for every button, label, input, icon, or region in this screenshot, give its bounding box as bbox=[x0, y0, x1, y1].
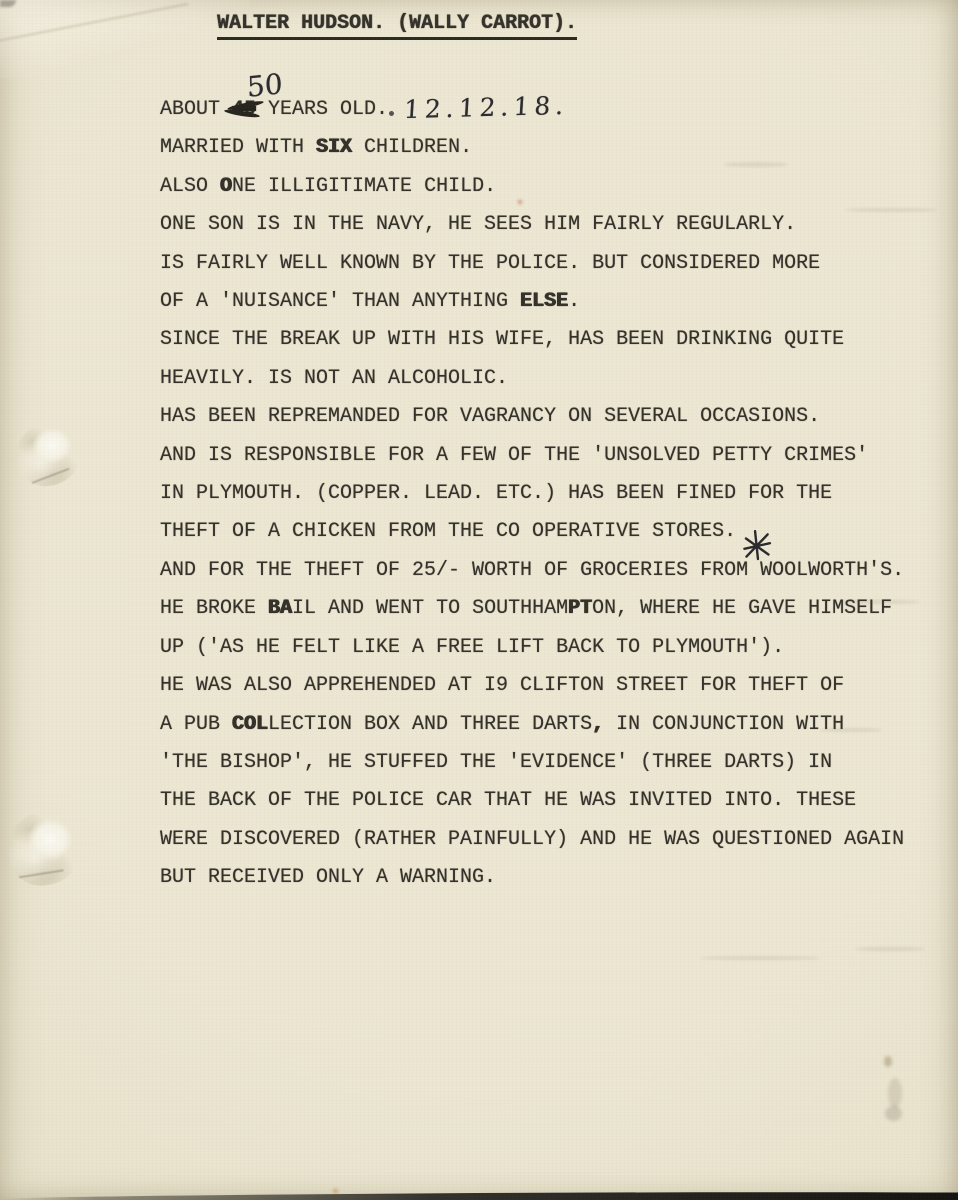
smudge-mark bbox=[845, 208, 937, 212]
handwritten-date: 12.12.18. bbox=[403, 93, 569, 123]
stain-mark bbox=[518, 200, 522, 204]
typed-text: ALSO bbox=[160, 175, 220, 198]
typed-text: HE WAS ALSO APPREHENDED AT I9 CLIFTON ST… bbox=[160, 674, 844, 697]
typewritten-line: HE WAS ALSO APPREHENDED AT I9 CLIFTON ST… bbox=[160, 667, 904, 705]
typewritten-line: HEAVILY. IS NOT AN ALCOHOLIC. bbox=[160, 360, 904, 398]
typewritten-line: MARRIED WITH SIX CHILDREN. bbox=[160, 129, 904, 167]
typed-text: ABOUT bbox=[160, 98, 232, 121]
overstruck-text: ELSE bbox=[520, 290, 568, 313]
typewritten-line: THEFT OF A CHICKEN FROM THE CO OPERATIVE… bbox=[160, 513, 904, 551]
typed-text: UP ('AS HE FELT LIKE A FREE LIFT BACK TO… bbox=[160, 636, 784, 659]
typewritten-line: OF A 'NUISANCE' THAN ANYTHING ELSE. bbox=[160, 283, 904, 321]
typewritten-line: HE BROKE BAIL AND WENT TO SOUTHHAMPTON, … bbox=[160, 590, 904, 628]
handwritten-age-correction: 50 bbox=[247, 70, 283, 102]
smudge-mark bbox=[820, 728, 882, 732]
stain-mark bbox=[884, 1056, 892, 1067]
overstruck-text: BA bbox=[268, 597, 292, 620]
typed-text: A PUB bbox=[160, 713, 232, 736]
typed-text: IN CONJUNCTION WITH bbox=[604, 713, 844, 736]
typed-text: THE BACK OF THE POLICE CAR THAT HE WAS I… bbox=[160, 789, 856, 812]
document-title: WALTER HUDSON. (WALLY CARROT). bbox=[217, 13, 577, 40]
typed-text: HE BROKE bbox=[160, 597, 268, 620]
smudge-mark bbox=[700, 956, 820, 960]
handwritten-asterisk-icon bbox=[739, 526, 775, 564]
typewritten-line: AND FOR THE THEFT OF 25/- WORTH OF GROCE… bbox=[160, 552, 904, 590]
typed-text: YEARS OLD. bbox=[256, 98, 388, 121]
stain-mark bbox=[885, 1106, 902, 1121]
typed-text: IL AND WENT TO SOUTHHAM bbox=[292, 597, 568, 620]
typed-text: NE ILLIGITIMATE CHILD. bbox=[232, 175, 496, 198]
typewritten-line: BUT RECEIVED ONLY A WARNING. bbox=[160, 859, 904, 897]
typed-text: LECTION BOX AND THREE DARTS bbox=[268, 713, 592, 736]
paper-damage bbox=[12, 418, 83, 489]
typed-text: THEFT OF A CHICKEN FROM THE CO OPERATIVE… bbox=[160, 520, 736, 543]
typewritten-line: SINCE THE BREAK UP WITH HIS WIFE, HAS BE… bbox=[160, 321, 904, 359]
typed-lines: ABOUT 45 YEARS OLD.MARRIED WITH SIX CHIL… bbox=[160, 91, 904, 898]
typed-text: SINCE THE BREAK UP WITH HIS WIFE, HAS BE… bbox=[160, 328, 844, 351]
paper-fold-highlight bbox=[0, 0, 250, 78]
typewritten-line: ALSO ONE ILLIGITIMATE CHILD. bbox=[160, 168, 904, 206]
typewritten-line: AND IS RESPONSIBLE FOR A FEW OF THE 'UNS… bbox=[160, 437, 904, 475]
typed-text: WERE DISCOVERED (RATHER PAINFULLY) AND H… bbox=[160, 828, 904, 851]
typed-text: IN PLYMOUTH. (COPPER. LEAD. ETC.) HAS BE… bbox=[160, 482, 832, 505]
overstruck-text: SIX bbox=[316, 136, 352, 159]
typewritten-line: 'THE BISHOP', HE STUFFED THE 'EVIDENCE' … bbox=[160, 744, 904, 782]
typed-text: ONE SON IS IN THE NAVY, HE SEES HIM FAIR… bbox=[160, 213, 796, 236]
smudge-mark bbox=[724, 162, 788, 167]
typewritten-line: A PUB COLLECTION BOX AND THREE DARTS, IN… bbox=[160, 706, 904, 744]
overstruck-text: COL bbox=[232, 713, 268, 736]
typed-text: HEAVILY. IS NOT AN ALCOHOLIC. bbox=[160, 367, 508, 390]
typed-text: OF A 'NUISANCE' THAN ANYTHING bbox=[160, 290, 520, 313]
typewritten-line: WERE DISCOVERED (RATHER PAINFULLY) AND H… bbox=[160, 821, 904, 859]
typed-text: BUT RECEIVED ONLY A WARNING. bbox=[160, 866, 496, 889]
smudge-mark bbox=[855, 947, 925, 951]
typewritten-line: ONE SON IS IN THE NAVY, HE SEES HIM FAIR… bbox=[160, 206, 904, 244]
overstruck-text: O bbox=[220, 175, 232, 198]
typed-text: 'THE BISHOP', HE STUFFED THE 'EVIDENCE' … bbox=[160, 751, 832, 774]
typewritten-line: UP ('AS HE FELT LIKE A FREE LIFT BACK TO… bbox=[160, 629, 904, 667]
smudge-mark bbox=[838, 600, 920, 604]
scan-bottom-edge bbox=[0, 1184, 958, 1200]
typed-text: HAS BEEN REPREMANDED FOR VAGRANCY ON SEV… bbox=[160, 405, 820, 428]
pen-dot-mark bbox=[389, 111, 394, 116]
overstruck-text: , bbox=[592, 713, 604, 736]
typewritten-line: HAS BEEN REPREMANDED FOR VAGRANCY ON SEV… bbox=[160, 398, 904, 436]
typed-text: AND FOR THE THEFT OF 25/- WORTH OF GROCE… bbox=[160, 559, 904, 582]
typewritten-line: THE BACK OF THE POLICE CAR THAT HE WAS I… bbox=[160, 782, 904, 820]
stain-mark bbox=[888, 1078, 902, 1108]
typewritten-line: IN PLYMOUTH. (COPPER. LEAD. ETC.) HAS BE… bbox=[160, 475, 904, 513]
typed-text: IS FAIRLY WELL KNOWN BY THE POLICE. BUT … bbox=[160, 252, 820, 275]
typed-text: CHILDREN. bbox=[352, 136, 472, 159]
document-page: WALTER HUDSON. (WALLY CARROT). ABOUT 45 … bbox=[0, 0, 958, 1200]
typed-text: AND IS RESPONSIBLE FOR A FEW OF THE 'UNS… bbox=[160, 444, 868, 467]
typed-text: MARRIED WITH bbox=[160, 136, 316, 159]
paper-damage bbox=[5, 807, 83, 889]
overstruck-text: PT bbox=[568, 597, 592, 620]
typed-text: . bbox=[568, 290, 580, 313]
typewritten-line: IS FAIRLY WELL KNOWN BY THE POLICE. BUT … bbox=[160, 245, 904, 283]
